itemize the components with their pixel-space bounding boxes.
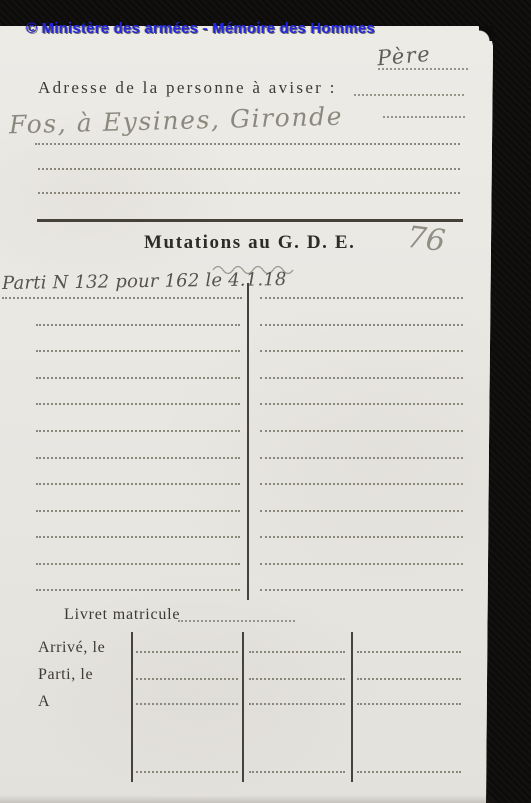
table-vertical-line [131,632,133,782]
dotted-rule-line [36,563,240,565]
dotted-rule-line [260,589,463,591]
mutations-section-title: Mutations au G. D. E. [144,232,355,254]
column-divider-line [247,283,249,600]
dotted-rule-line [249,703,345,705]
dotted-rule-line [35,143,460,145]
dotted-rule-line [136,703,238,705]
dotted-rule-line [260,536,463,538]
dotted-rule-line [36,483,240,485]
handwritten-page-number: 76 [405,220,447,259]
dotted-rule-line [260,297,463,299]
dotted-rule-line [136,651,238,653]
dotted-rule-line [357,703,461,705]
dotted-rule-line [260,377,463,379]
dotted-rule-line [249,771,345,773]
a-label: A [38,693,50,711]
handwritten-relation: Père [376,42,432,71]
address-label: Adresse de la personne à aviser : [38,78,337,98]
dotted-rule-line [260,350,463,352]
dotted-rule-line [357,678,461,680]
paper-corner-shadow [479,26,494,41]
dotted-rule-line [36,589,240,591]
livret-matricule-label: Livret matricule [64,606,180,624]
dotted-rule-line [249,678,345,680]
arrived-label: Arrivé, le [38,639,105,657]
dotted-rule-line [357,651,461,653]
dotted-rule-line [357,771,461,773]
dotted-rule-line [260,563,463,565]
dotted-rule-line [354,94,464,96]
dotted-rule-line [36,324,240,326]
dotted-rule-line [36,377,240,379]
dotted-rule-line [36,403,240,405]
dotted-rule-line [378,68,468,70]
dotted-rule-line [383,116,465,118]
dotted-rule-line [260,457,463,459]
table-vertical-line [351,632,353,782]
dotted-rule-line [136,678,238,680]
dotted-rule-line [38,192,460,194]
dotted-rule-line [260,324,463,326]
dotted-rule-line [38,168,460,170]
dotted-rule-line [36,457,240,459]
dotted-rule-line [260,510,463,512]
dotted-rule-line [36,350,240,352]
departed-label: Parti, le [38,666,93,684]
dotted-rule-line [36,430,240,432]
handwritten-mutation-entry: Parti N 132 pour 162 le 4.1.18 [2,269,287,294]
dotted-rule-line [36,510,240,512]
dotted-rule-line [2,297,242,299]
section-separator-rule [37,219,463,222]
dotted-rule-line [260,483,463,485]
dotted-rule-line [249,651,345,653]
table-vertical-line [242,632,244,782]
dotted-rule-line [36,536,240,538]
dotted-rule-line [178,620,295,622]
dotted-rule-line [260,430,463,432]
dotted-rule-line [260,403,463,405]
scanned-document-view: © Ministère des armées - Mémoire des Hom… [0,0,531,803]
copyright-watermark: © Ministère des armées - Mémoire des Hom… [26,20,375,37]
dotted-rule-line [136,771,238,773]
paper-bottom-shade [0,795,494,803]
